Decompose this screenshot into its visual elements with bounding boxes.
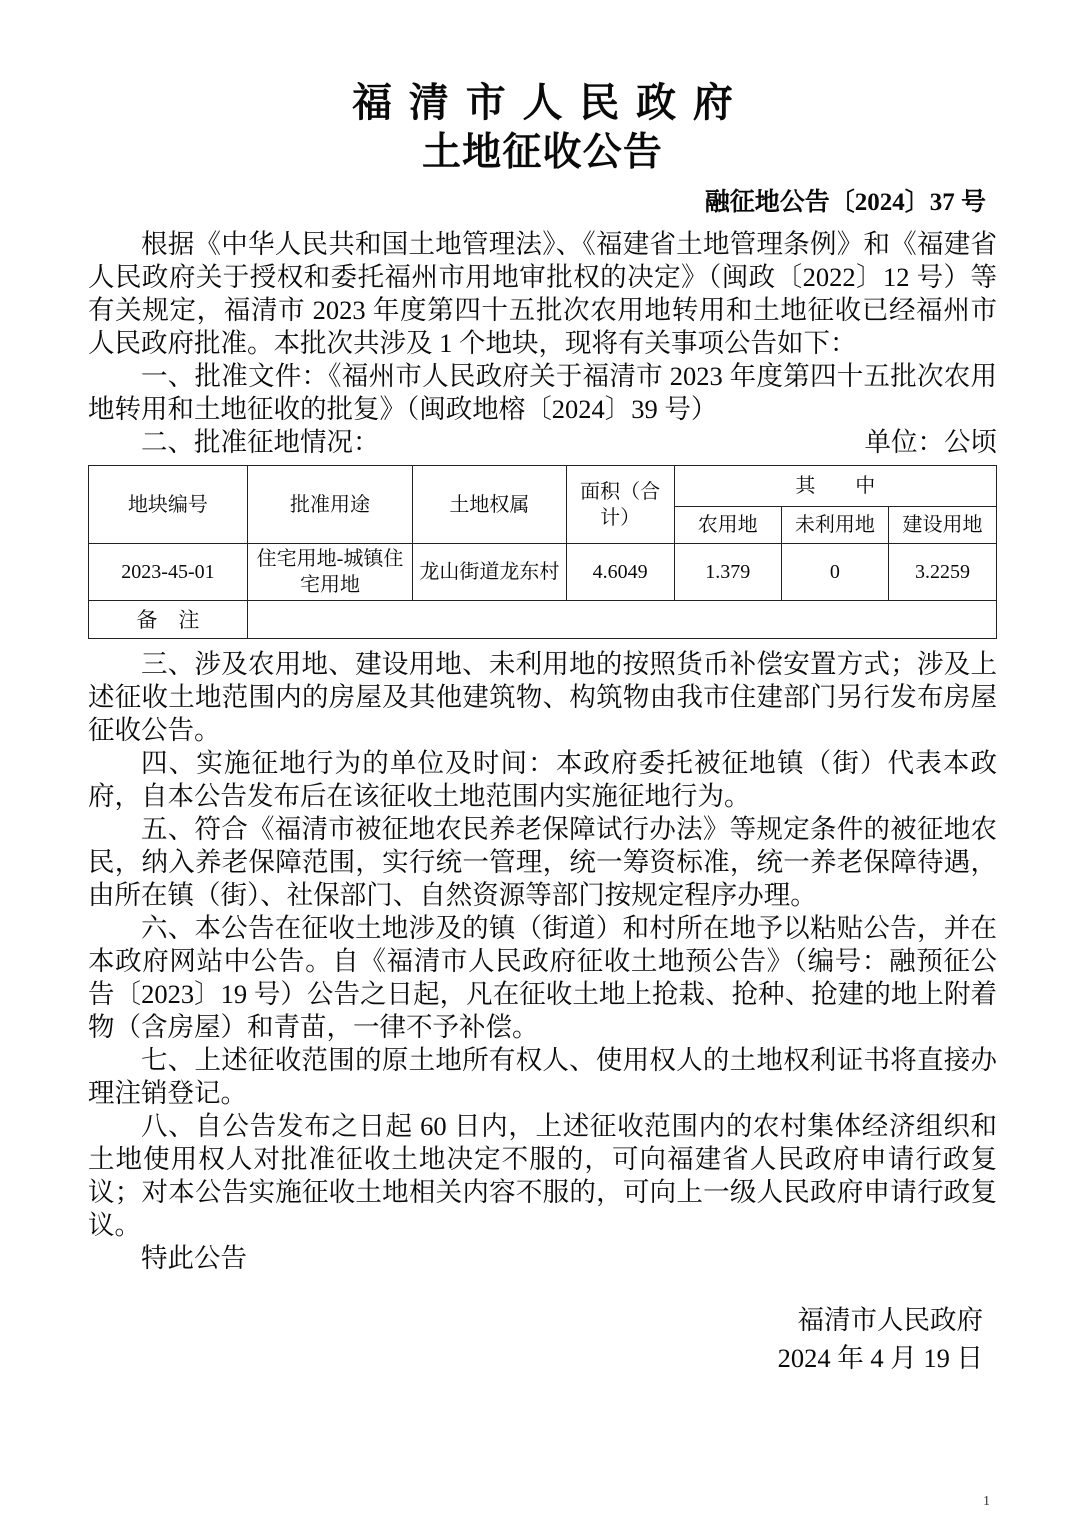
cell-unused: 0 xyxy=(781,544,888,601)
document-page: 福清市人民政府 土地征收公告 融征地公告〔2024〕37 号 根据《中华人民共和… xyxy=(0,0,1080,1377)
document-number: 融征地公告〔2024〕37 号 xyxy=(88,184,997,222)
header-area-total: 面积（合计） xyxy=(566,466,674,544)
paragraph-item5: 五、符合《福清市被征地农民养老保障试行办法》等规定条件的被征地农民，纳入养老保障… xyxy=(88,813,997,912)
cell-plot-number: 2023-45-01 xyxy=(89,544,248,601)
paragraph-intro: 根据《中华人民共和国土地管理法》、《福建省土地管理条例》和《福建省人民政府关于授… xyxy=(88,228,997,360)
signature-issuer: 福清市人民政府 xyxy=(88,1301,983,1339)
header-unused-land: 未利用地 xyxy=(781,507,888,544)
signature-block: 福清市人民政府 2024 年 4 月 19 日 xyxy=(88,1301,997,1377)
paragraph-item8: 八、自公告发布之日起 60 日内，上述征收范围内的农村集体经济组织和土地使用权人… xyxy=(88,1110,997,1242)
table-remark-row: 备 注 xyxy=(89,601,997,639)
paragraph-item6: 六、本公告在征收土地涉及的镇（街道）和村所在地予以粘贴公告，并在本政府网站中公告… xyxy=(88,912,997,1044)
land-expropriation-table: 地块编号 批准用途 土地权属 面积（合计） 其 中 农用地 未利用地 建设用地 … xyxy=(88,465,997,639)
cell-construction: 3.2259 xyxy=(888,544,996,601)
paragraph-closing: 特此公告 xyxy=(88,1242,997,1275)
item2-line: 二、批准征地情况： 单位：公顷 xyxy=(88,426,997,459)
header-of-which: 其 中 xyxy=(674,466,996,507)
cell-approved-use: 住宅用地-城镇住宅用地 xyxy=(247,544,412,601)
page-number: 1 xyxy=(983,1494,990,1510)
cell-land-ownership: 龙山街道龙东村 xyxy=(413,544,566,601)
header-plot-number: 地块编号 xyxy=(89,466,248,544)
government-title: 福清市人民政府 xyxy=(88,78,997,128)
paragraph-item1: 一、批准文件：《福州市人民政府关于福清市 2023 年度第四十五批次农用地转用和… xyxy=(88,360,997,426)
header-approved-use: 批准用途 xyxy=(247,466,412,544)
signature-date: 2024 年 4 月 19 日 xyxy=(88,1339,983,1377)
header-agricultural-land: 农用地 xyxy=(674,507,781,544)
header-construction-land: 建设用地 xyxy=(888,507,996,544)
document-body: 根据《中华人民共和国土地管理法》、《福建省土地管理条例》和《福建省人民政府关于授… xyxy=(88,228,997,1275)
header-land-ownership: 土地权属 xyxy=(413,466,566,544)
cell-agricultural: 1.379 xyxy=(674,544,781,601)
unit-note: 单位：公顷 xyxy=(865,426,998,459)
announcement-title: 土地征收公告 xyxy=(88,128,997,178)
table-header-row-1: 地块编号 批准用途 土地权属 面积（合计） 其 中 xyxy=(89,466,997,507)
remark-label: 备 注 xyxy=(89,601,248,639)
paragraph-item2-label: 二、批准征地情况： xyxy=(88,426,380,459)
paragraph-item4: 四、实施征地行为的单位及时间：本政府委托被征地镇（街）代表本政府，自本公告发布后… xyxy=(88,747,997,813)
paragraph-item3: 三、涉及农用地、建设用地、未利用地的按照货币补偿安置方式；涉及上述征收土地范围内… xyxy=(88,648,997,747)
cell-area-total: 4.6049 xyxy=(566,544,674,601)
table-row: 2023-45-01 住宅用地-城镇住宅用地 龙山街道龙东村 4.6049 1.… xyxy=(89,544,997,601)
remark-value xyxy=(247,601,996,639)
paragraph-item7: 七、上述征收范围的原土地所有权人、使用权人的土地权利证书将直接办理注销登记。 xyxy=(88,1044,997,1110)
